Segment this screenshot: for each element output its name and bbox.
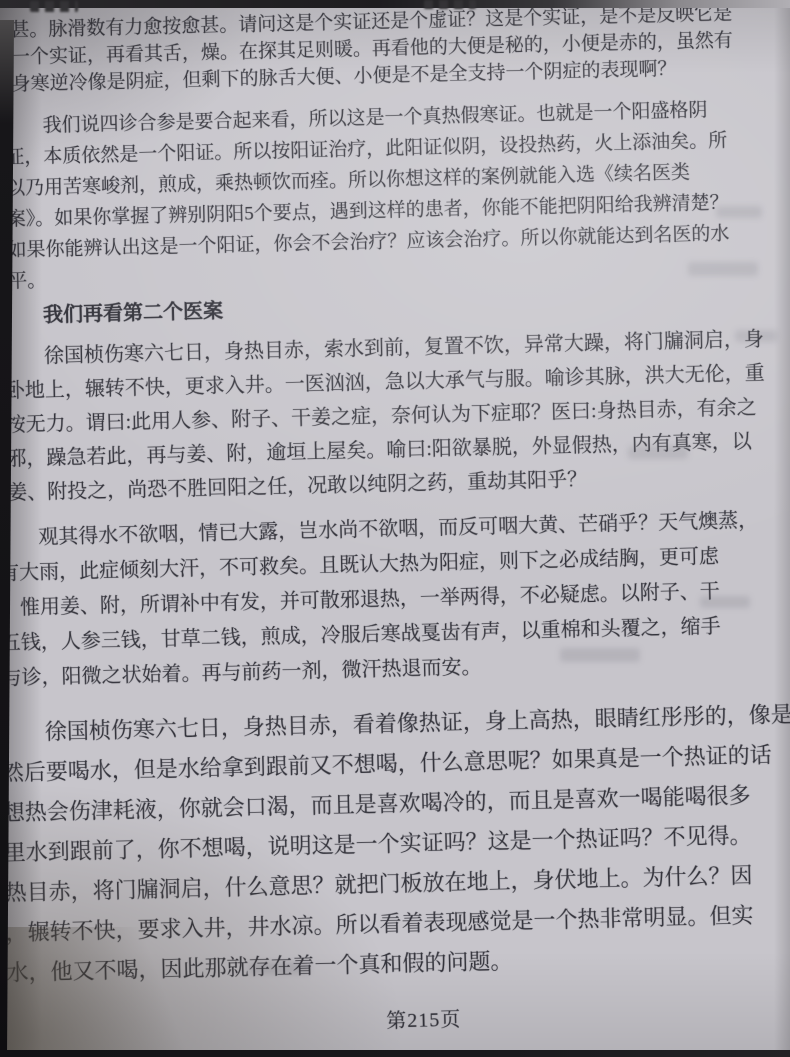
paragraph-continuation: 甚。脉滑数有力愈按愈甚。请问这是个实证还是个虚证？这是个实证，是不是反映它是 一… bbox=[0, 0, 790, 99]
cropped-text-fragment bbox=[424, 0, 476, 9]
paragraph: 我们说四诊合参是要合起来看，所以这是一个真热假寒证。也就是一个阳盛格阴 证，本质… bbox=[0, 92, 790, 298]
paragraph-case-quote: 徐国桢伤寒六七日，身热目赤，索水到前，复置不饮，异常大躁，将门牖洞启，身 卧地上… bbox=[0, 321, 790, 511]
cropped-text-fragment bbox=[30, 1, 78, 12]
photo-edge-top bbox=[0, 0, 790, 8]
photo-edge-bottom bbox=[0, 1050, 790, 1057]
page-text: 甚。脉滑数有力愈按愈甚。请问这是个实证还是个虚证？这是个实证，是不是反映它是 一… bbox=[0, 0, 790, 1045]
paragraph-case-quote: 观其得水不欲咽，情已大露，岂水尚不欲咽，而反可咽大黄、芒硝乎？天气燠蒸， 有大雨… bbox=[0, 502, 790, 697]
paragraph-commentary: 徐国桢伤寒六七日，身热目赤，看着像热证，身上高热，眼睛红彤彤的，像是高 然后要喝… bbox=[0, 694, 790, 994]
book-page-photo: 甚。脉滑数有力愈按愈甚。请问这是个实证还是个虚证？这是个实证，是不是反映它是 一… bbox=[0, 0, 790, 1057]
page-number: 第215页 bbox=[4, 996, 790, 1046]
